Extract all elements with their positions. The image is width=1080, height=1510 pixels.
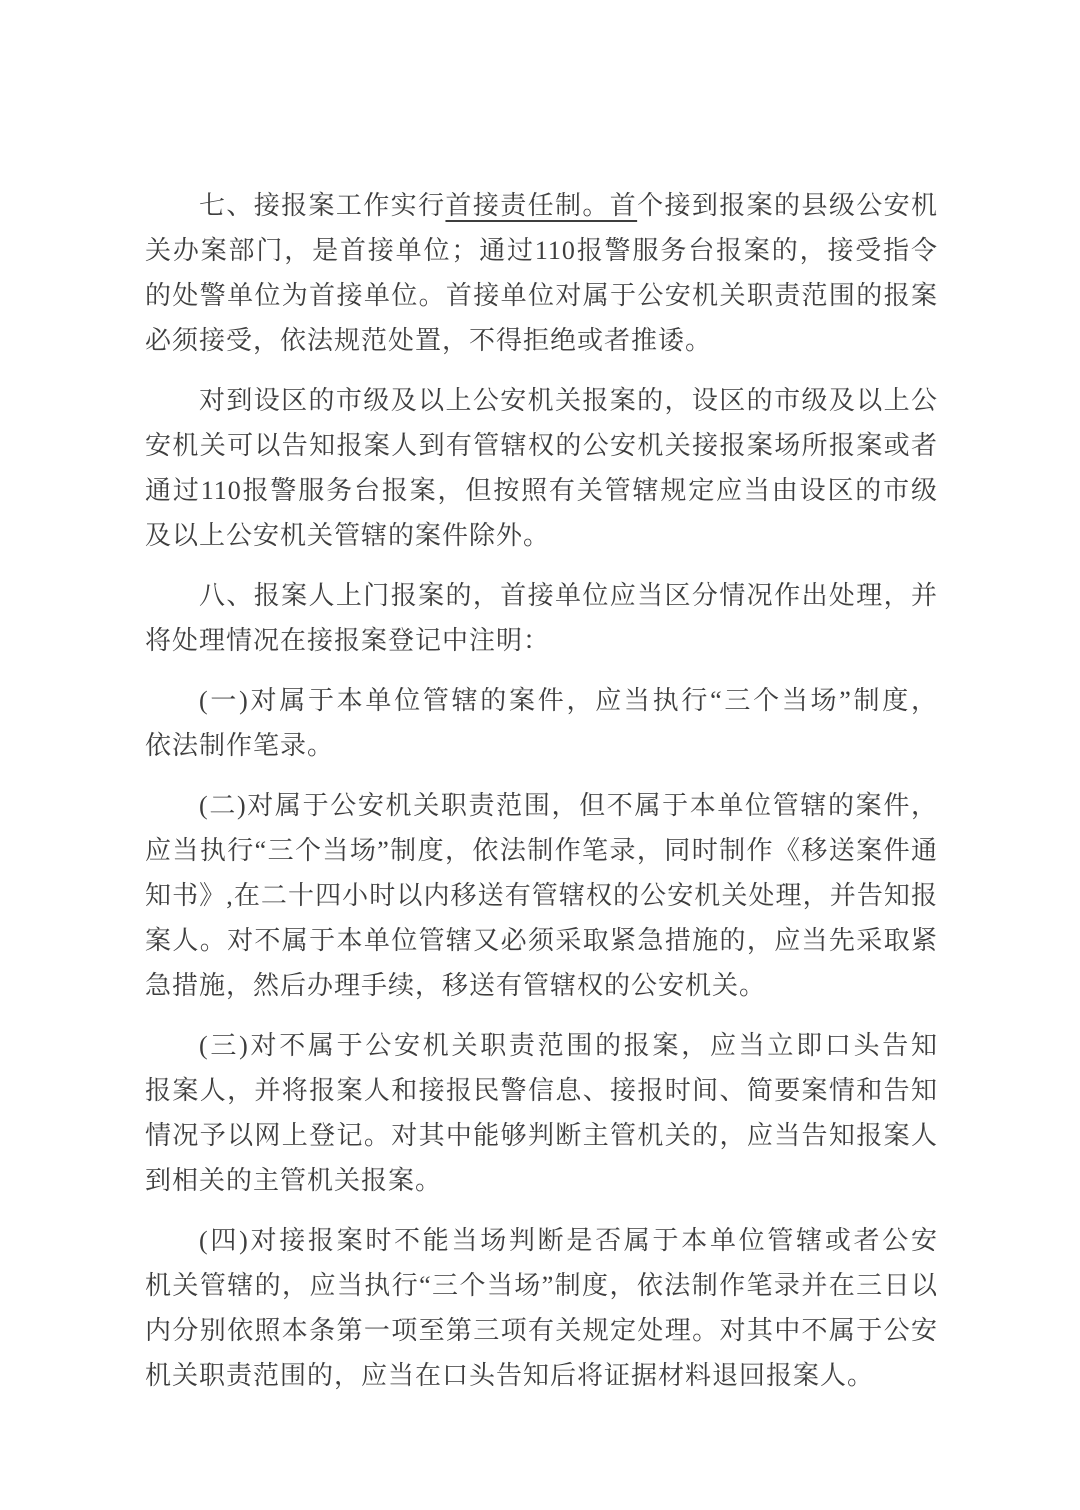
text-segment: 机关职责范围的，应当在口头告知后将证据材料退回报案人。 — [145, 1361, 874, 1390]
text-segment: 内分别依照本条第一项至第三项有关规定处理。对其中不属于公安 — [145, 1316, 938, 1345]
text-segment: 及以上公安机关管辖的案件除外。 — [145, 521, 550, 550]
paragraph-item-8-intro: 八、报案人上门报案的，首接单位应当区分情况作出处理，并将处理情况在接报案登记中注… — [145, 573, 938, 663]
text-segment: 急措施，然后办理手续，移送有管辖权的公安机关。 — [145, 971, 766, 1000]
text-segment: 案人。对不属于本单位管辖又必须采取紧急措施的，应当先采取紧 — [145, 926, 938, 955]
text-line: 内分别依照本条第一项至第三项有关规定处理。对其中不属于公安 — [145, 1308, 938, 1353]
text-segment: (三)对不属于公安机关职责范围的报案，应当立即口头告知 — [199, 1031, 938, 1060]
text-line: 急措施，然后办理手续，移送有管辖权的公安机关。 — [145, 963, 938, 1008]
text-line: 通过110报警服务台报案，但按照有关管辖规定应当由设区的市级 — [145, 468, 938, 513]
text-segment: 知书》,在二十四小时以内移送有管辖权的公安机关处理，并告知报 — [145, 881, 938, 910]
text-segment: 的处警单位为首接单位。首接单位对属于公安机关职责范围的报案 — [145, 281, 938, 310]
underlined-text-segment: 首接责任制。首 — [445, 191, 637, 220]
text-segment: 应当执行“三个当场”制度，依法制作笔录，同时制作《移送案件通 — [145, 836, 938, 865]
document-page: 七、接报案工作实行首接责任制。首个接到报案的县级公安机关办案部门，是首接单位；通… — [0, 0, 1080, 1510]
text-line: 必须接受，依法规范处置，不得拒绝或者推诿。 — [145, 318, 938, 363]
text-line: 报案人，并将报案人和接报民警信息、接报时间、简要案情和告知 — [145, 1068, 938, 1113]
paragraph-item-8-sub-3: (三)对不属于公安机关职责范围的报案，应当立即口头告知报案人，并将报案人和接报民… — [145, 1023, 938, 1203]
text-line: 机关职责范围的，应当在口头告知后将证据材料退回报案人。 — [145, 1353, 938, 1398]
text-segment: 关办案部门，是首接单位；通过110报警服务台报案的，接受指令 — [145, 236, 938, 265]
text-line: 的处警单位为首接单位。首接单位对属于公安机关职责范围的报案 — [145, 273, 938, 318]
text-line: 八、报案人上门报案的，首接单位应当区分情况作出处理，并 — [145, 573, 938, 618]
text-segment: (一)对属于本单位管辖的案件，应当执行“三个当场”制度， — [199, 686, 938, 715]
text-line: 案人。对不属于本单位管辖又必须采取紧急措施的，应当先采取紧 — [145, 918, 938, 963]
text-segment: 个接到报案的县级公安机 — [637, 191, 938, 220]
text-segment: (二)对属于公安机关职责范围，但不属于本单位管辖的案件， — [199, 791, 938, 820]
text-line: 情况予以网上登记。对其中能够判断主管机关的，应当告知报案人 — [145, 1113, 938, 1158]
paragraph-item-8-sub-4: (四)对接报案时不能当场判断是否属于本单位管辖或者公安机关管辖的，应当执行“三个… — [145, 1218, 938, 1398]
text-line: (四)对接报案时不能当场判断是否属于本单位管辖或者公安 — [145, 1218, 938, 1263]
text-line: (三)对不属于公安机关职责范围的报案，应当立即口头告知 — [145, 1023, 938, 1068]
text-line: 将处理情况在接报案登记中注明： — [145, 618, 938, 663]
text-segment: 到相关的主管机关报案。 — [145, 1166, 442, 1195]
text-line: (一)对属于本单位管辖的案件，应当执行“三个当场”制度， — [145, 678, 938, 723]
text-segment: 通过110报警服务台报案，但按照有关管辖规定应当由设区的市级 — [145, 476, 938, 505]
paragraph-item-7-para-1: 七、接报案工作实行首接责任制。首个接到报案的县级公安机关办案部门，是首接单位；通… — [145, 183, 938, 363]
text-line: 七、接报案工作实行首接责任制。首个接到报案的县级公安机 — [145, 183, 938, 228]
text-line: 安机关可以告知报案人到有管辖权的公安机关接报案场所报案或者 — [145, 423, 938, 468]
text-line: 及以上公安机关管辖的案件除外。 — [145, 513, 938, 558]
document-text-block: 七、接报案工作实行首接责任制。首个接到报案的县级公安机关办案部门，是首接单位；通… — [145, 183, 938, 1413]
text-segment: 报案人，并将报案人和接报民警信息、接报时间、简要案情和告知 — [145, 1076, 938, 1105]
text-line: 机关管辖的，应当执行“三个当场”制度，依法制作笔录并在三日以 — [145, 1263, 938, 1308]
paragraph-item-7-para-2: 对到设区的市级及以上公安机关报案的，设区的市级及以上公安机关可以告知报案人到有管… — [145, 378, 938, 558]
text-segment: 八、报案人上门报案的，首接单位应当区分情况作出处理，并 — [199, 581, 938, 610]
text-line: (二)对属于公安机关职责范围，但不属于本单位管辖的案件， — [145, 783, 938, 828]
text-segment: 安机关可以告知报案人到有管辖权的公安机关接报案场所报案或者 — [145, 431, 938, 460]
text-segment: 依法制作笔录。 — [145, 731, 334, 760]
text-segment: (四)对接报案时不能当场判断是否属于本单位管辖或者公安 — [199, 1226, 938, 1255]
text-line: 应当执行“三个当场”制度，依法制作笔录，同时制作《移送案件通 — [145, 828, 938, 873]
text-line: 对到设区的市级及以上公安机关报案的，设区的市级及以上公 — [145, 378, 938, 423]
text-segment: 对到设区的市级及以上公安机关报案的，设区的市级及以上公 — [199, 386, 938, 415]
text-line: 关办案部门，是首接单位；通过110报警服务台报案的，接受指令 — [145, 228, 938, 273]
text-line: 到相关的主管机关报案。 — [145, 1158, 938, 1203]
paragraph-item-8-sub-1: (一)对属于本单位管辖的案件，应当执行“三个当场”制度，依法制作笔录。 — [145, 678, 938, 768]
text-segment: 机关管辖的，应当执行“三个当场”制度，依法制作笔录并在三日以 — [145, 1271, 938, 1300]
text-segment: 七、接报案工作实行 — [199, 191, 445, 220]
text-segment: 将处理情况在接报案登记中注明： — [145, 626, 550, 655]
text-segment: 必须接受，依法规范处置，不得拒绝或者推诿。 — [145, 326, 712, 355]
text-line: 依法制作笔录。 — [145, 723, 938, 768]
text-segment: 情况予以网上登记。对其中能够判断主管机关的，应当告知报案人 — [145, 1121, 938, 1150]
text-line: 知书》,在二十四小时以内移送有管辖权的公安机关处理，并告知报 — [145, 873, 938, 918]
paragraph-item-8-sub-2: (二)对属于公安机关职责范围，但不属于本单位管辖的案件，应当执行“三个当场”制度… — [145, 783, 938, 1008]
